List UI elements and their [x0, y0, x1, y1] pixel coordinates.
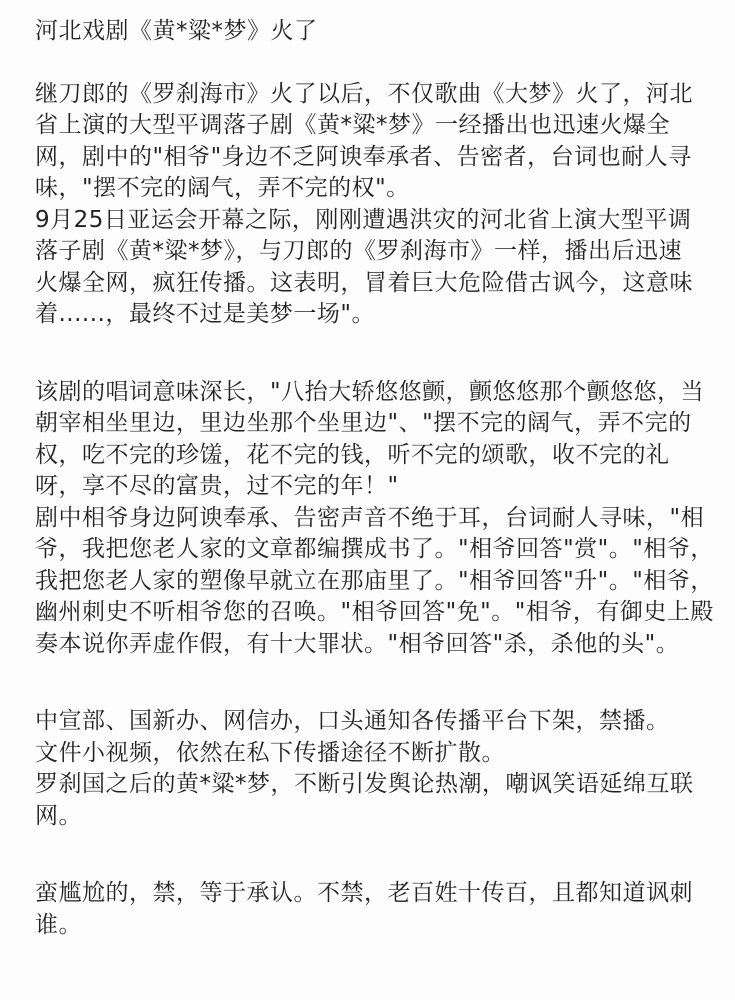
paragraph-ban: 中宣部、国新办、网信办，口头通知各传播平台下架，禁播。 文件小视频，依然在私下传…: [35, 706, 723, 832]
article-page: 河北戏剧《黄*粱*梦》火了 继刀郎的《罗刹海市》火了以后，不仅歌曲《大梦》火了，…: [0, 0, 735, 1000]
paragraph-lyrics: 该剧的唱词意味深长，"八抬大轿悠悠颤，颤悠悠那个颤悠悠，当 朝宰相坐里边，里边坐…: [35, 377, 723, 661]
article-title: 河北戏剧《黄*粱*梦》火了: [35, 16, 723, 48]
paragraph-intro: 继刀郎的《罗刹海市》火了以后，不仅歌曲《大梦》火了，河北 省上演的大型平调落子剧…: [35, 79, 723, 331]
paragraph-conclusion: 蛮尴尬的，禁，等于承认。不禁，老百姓十传百，且都知道讽刺 谁。: [35, 878, 723, 941]
